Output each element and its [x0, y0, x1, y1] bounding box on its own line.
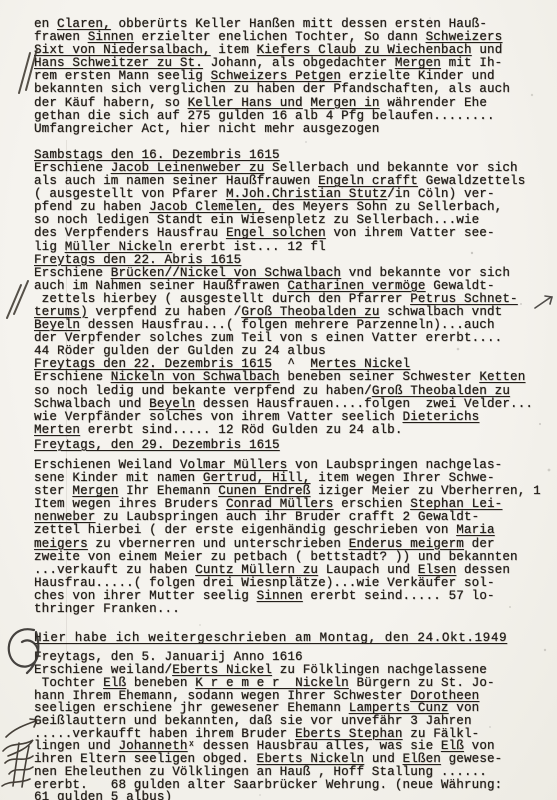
underlined-text-run: meigers	[34, 537, 88, 551]
underlined-text-run: Catharinen vermöge	[287, 279, 425, 293]
text-line: thringer Franken...	[34, 603, 546, 616]
text-run: zweite von einem Meier zu petbach ( bett…	[34, 550, 518, 564]
text-run: /in Cöln) ver-	[387, 187, 495, 201]
text-run: zu Laubspringen auch ihr Bruder crafft 2…	[95, 510, 479, 524]
underlined-text-run: Jacob Clemelen,	[149, 200, 264, 214]
underlined-text-run: Brücken//Nickel von Schwalbach	[111, 266, 341, 280]
text-run: der Verpfender solches zum Teil von s ei…	[34, 331, 502, 345]
handwritten-scribble-mark	[2, 719, 37, 787]
entry-1615-dec-29-heading: Freytags, den 29. Dezembris 1615	[34, 439, 546, 452]
underlined-text-run: Sinnen	[88, 30, 134, 44]
text-run: des Meyers Sohn zu Sellerbach,	[264, 200, 502, 214]
text-run: Gewaldt-	[426, 279, 495, 293]
text-run: ches von ihrer Mutter seelig	[34, 589, 257, 603]
text-line: Hier habe ich weitergeschrieben am Monta…	[34, 632, 546, 645]
underlined-text-run: Dieterichs	[403, 410, 480, 424]
text-run: item wegen Ihrer Schwe-	[310, 471, 494, 485]
underlined-text-run: Maria	[456, 523, 494, 537]
underlined-text-run: Hier habe ich weitergeschrieben am Monta…	[34, 631, 507, 645]
text-run: pfend zu haben	[34, 200, 149, 214]
entry-1615-dec-22: Freytags den 22. Dezembris 1615 ^ Mertes…	[34, 358, 546, 437]
text-run: Schwalbach und	[34, 397, 149, 411]
text-run: Sellerbach und bekannte vor sich	[264, 161, 517, 175]
underlined-text-run: nenweber	[34, 510, 95, 524]
underlined-text-run: Müller Nickeln	[65, 240, 173, 254]
text-run: Umfangreicher Act, hier nicht mehr ausge…	[34, 122, 380, 136]
underlined-text-run: Schweizers	[426, 30, 503, 44]
text-run: von Laubspringen nachgelas-	[287, 458, 502, 472]
text-run: so noch ledig und bekante verpfend zu ha…	[34, 384, 372, 398]
text-run: ererbt seind..... 57 lo-	[303, 589, 495, 603]
underlined-text-run: Hans Schweitzer zu St.	[34, 56, 203, 70]
text-run: der	[464, 537, 495, 551]
underlined-text-run: Beyeln	[34, 318, 80, 332]
text-run: zu vbernerren und unterschrieben	[88, 537, 349, 551]
text-run: erzielte Kinder und	[341, 69, 495, 83]
text-run: zettels hierbey ( ausgestellt durch den …	[34, 292, 410, 306]
text-run: des Verpfenders Hausfrau	[34, 226, 226, 240]
text-run: und	[472, 43, 503, 57]
text-run: erzielter enelichen Tochter, So dann	[134, 30, 426, 44]
text-run: iziger Meier zu Vberherren, 1	[310, 484, 540, 498]
text-run: währender Ehe	[380, 96, 488, 110]
underlined-text-run: Cunen Endreß	[218, 484, 310, 498]
underlined-text-run: Sambstags den 16. Dezembris 1615	[34, 148, 280, 162]
text-run: Item wegen ihres Bruders	[34, 497, 226, 511]
continuation-note-1949: Hier habe ich weitergeschrieben am Monta…	[34, 632, 546, 645]
underlined-text-run: Petrus Schnet-	[410, 292, 518, 306]
text-run: verpfend zu haben /	[88, 305, 242, 319]
text-run: schwalbach vndt	[380, 305, 503, 319]
text-run: wie Verpfänder solches von ihrem Vatter …	[34, 410, 403, 424]
underlined-text-run: Cuntz Müllern zu	[195, 563, 318, 577]
text-run: vnd bekannte vor sich	[341, 266, 510, 280]
document-body: en Claren, obberürts Keller Hanßen mitt …	[34, 18, 546, 800]
underlined-text-run: Mergen in	[310, 96, 379, 110]
text-run: ererbt sind..... 12 Röd Gulden zu 24 alb…	[80, 423, 402, 437]
text-run: auch im Nahmen seiner Haußfrawen	[34, 279, 287, 293]
double-slash-mark-middle	[7, 281, 28, 318]
text-run: obberürts Keller Hanßen mitt dessen erst…	[111, 17, 487, 31]
underlined-text-run: Mergen	[395, 56, 441, 70]
text-run: erschien	[333, 497, 410, 511]
entry-1615-dec-29-body: Erschienen Weiland Volmar Müllers von La…	[34, 459, 546, 616]
text-run: Laupach und	[318, 563, 418, 577]
text-run: von ihrem Vatter see-	[326, 226, 495, 240]
text-run: rem ersten Mann seelig	[34, 69, 211, 83]
entry-carryover-body: en Claren, obberürts Keller Hanßen mitt …	[34, 18, 546, 136]
text-run: thringer Franken...	[34, 602, 180, 616]
underlined-text-run: Enderus meigerm	[349, 537, 464, 551]
text-run: so noch ledigen Standt ein Wiesenpletz z…	[34, 213, 479, 227]
underlined-text-run: Groß Theobalden zu	[372, 384, 510, 398]
underlined-text-run: Jacob Leinenweber zu	[111, 161, 265, 175]
text-run: Erschiene	[34, 370, 111, 384]
underlined-text-run: Stephan Lei-	[410, 497, 502, 511]
text-run: item	[211, 43, 257, 57]
text-run: Erschiene	[34, 161, 111, 175]
underlined-text-run: Freytags den 22. Dezembris 1615	[34, 357, 272, 371]
text-run: Hausfrau.....( folgen drei Wiesnplätze).…	[34, 576, 495, 590]
underlined-text-run: Beyeln	[149, 397, 195, 411]
underlined-text-run: Ketten	[479, 370, 525, 384]
underlined-text-run: Schweizers Petgen	[211, 69, 342, 83]
underlined-text-run: Engeln crafft	[318, 174, 418, 188]
entry-1615-abris-22: Freytags den 22. Abris 1615Erschiene Brü…	[34, 254, 546, 359]
underlined-text-run: Engel solchen	[226, 226, 326, 240]
text-run: 61 gulden 5 albus)	[34, 790, 172, 800]
text-run: mit Ih-	[441, 56, 502, 70]
text-run: lig	[34, 240, 65, 254]
underlined-text-run: Elsen	[418, 563, 456, 577]
text-run: Erschienen Weiland	[34, 458, 180, 472]
text-run: dessen Hausfrauen....folgen zwei Velder.…	[195, 397, 533, 411]
text-line: Umfangreicher Act, hier nicht mehr ausge…	[34, 123, 546, 136]
text-run: ster	[34, 484, 72, 498]
underlined-text-run: Groß Theobalden zu	[241, 305, 379, 319]
text-run: sene Kinder mit namen	[34, 471, 203, 485]
underlined-text-run: Conrad Müllers	[226, 497, 334, 511]
text-line: 61 gulden 5 albus)	[34, 791, 546, 800]
text-run: ^	[272, 357, 310, 371]
underlined-text-run: Freytags den 22. Abris 1615	[34, 253, 241, 267]
text-run: bekannten sich verglichen zu haben der P…	[34, 82, 510, 96]
underlined-text-run: M.Joh.Christian Stutz	[226, 187, 387, 201]
text-run: beneben seiner Schwester	[280, 370, 480, 384]
underlined-text-run: Mergen	[72, 484, 118, 498]
text-run: als auch im namen seiner Haußfrauwen	[34, 174, 318, 188]
underlined-text-run: Sixt von Niedersalbach,	[34, 43, 211, 57]
underlined-text-run: terums)	[34, 305, 88, 319]
document-page: en Claren, obberürts Keller Hanßen mitt …	[0, 0, 557, 800]
underlined-text-run: Mertes Nickel	[310, 357, 410, 371]
text-run: ( ausgestellt von Pfarer	[34, 187, 226, 201]
text-run: en	[34, 17, 57, 31]
text-run: Erschiene	[34, 266, 111, 280]
underlined-text-run: Volmar Müllers	[180, 458, 288, 472]
underlined-text-run: Gertrud, Hill,	[203, 471, 311, 485]
text-run: gethan die sich auf 275 gulden 16 alb 4 …	[34, 109, 495, 123]
underlined-text-run: Kiefers Claub zu Wiechenbach	[257, 43, 472, 57]
entry-1615-dec-16: Sambstags den 16. Dezembris 1615Erschien…	[34, 149, 546, 254]
underlined-text-run: Nickeln von Schwalbach	[111, 370, 280, 384]
text-run: Ihr Ehemann	[118, 484, 218, 498]
text-run: dessen Hausfrau...( folgen mehrere Parze…	[80, 318, 495, 332]
text-line: Freytags, den 29. Dezembris 1615	[34, 439, 546, 452]
text-run: der Käuf habern, so	[34, 96, 188, 110]
text-run: ererbt ist... 12 fl	[172, 240, 326, 254]
underlined-text-run: Freytags, den 29. Dezembris 1615	[34, 438, 280, 452]
text-run: 44 Röder gulden der Gulden zu 24 albus	[34, 344, 326, 358]
text-run: Freytags, den 5. Januarij Anno 1616	[34, 650, 303, 664]
text-run: Johann, als obgedachter	[203, 56, 395, 70]
text-run: dessen	[456, 563, 510, 577]
text-run: Gewaldzettels	[418, 174, 526, 188]
text-line: Merten ererbt sind..... 12 Röd Gulden zu…	[34, 424, 546, 437]
text-run: ...verkauft zu haben	[34, 563, 195, 577]
underlined-text-run: Sinnen	[257, 589, 303, 603]
underlined-text-run: Merten	[34, 423, 80, 437]
underlined-text-run: Claren,	[57, 17, 111, 31]
entry-1616-jan-05-body: Erschiene weiland/Eberts Nickel zu Fölkl…	[34, 664, 546, 800]
text-run: frawen	[34, 30, 88, 44]
text-run: zettel hierbei ( der erste eigenhändig g…	[34, 523, 456, 537]
underlined-text-run: Keller Hans und	[188, 96, 303, 110]
